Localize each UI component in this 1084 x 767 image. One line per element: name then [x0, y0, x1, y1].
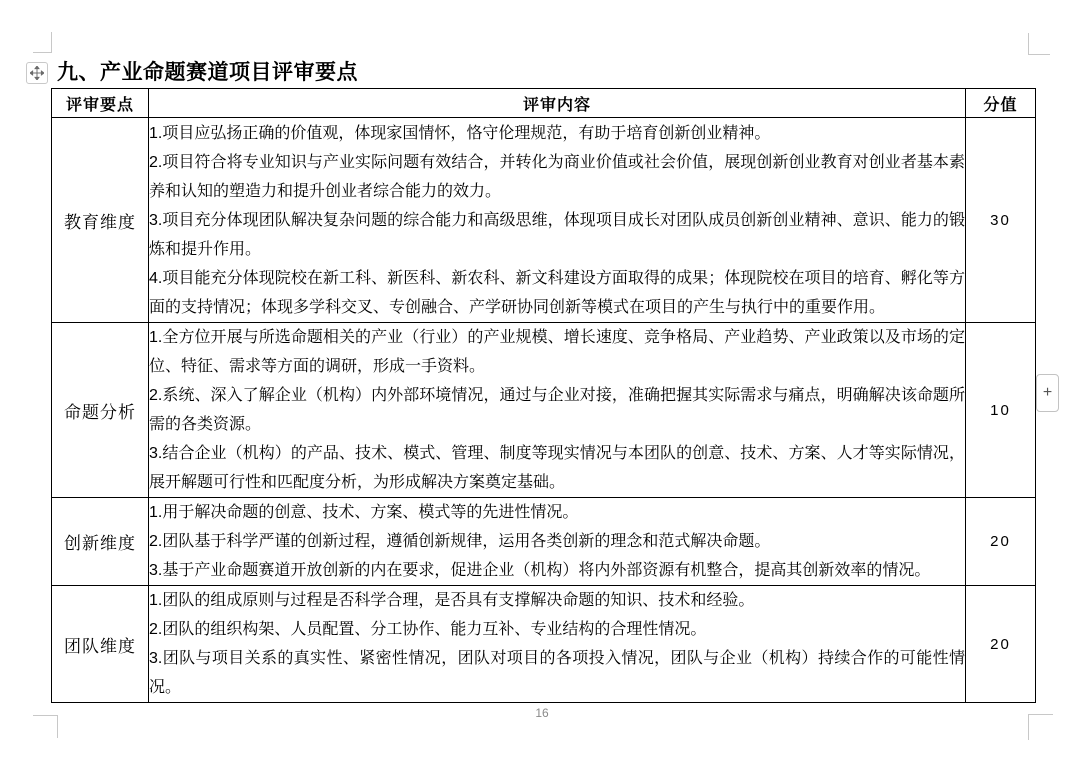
criteria-item: 1.全方位开展与所选命题相关的产业（行业）的产业规模、增长速度、竞争格局、产业趋…	[149, 323, 965, 381]
header-score[interactable]: 分值	[966, 89, 1036, 118]
table-row: 教育维度 1.项目应弘扬正确的价值观，体现家国情怀，恪守伦理规范，有助于培育创新…	[52, 118, 1036, 323]
criteria-item: 4.项目能充分体现院校在新工科、新医科、新农科、新文科建设方面取得的成果；体现院…	[149, 264, 965, 322]
document-page: 九、产业命题赛道项目评审要点 评审要点 评审内容 分值 教育维度 1.项目应弘扬…	[0, 0, 1084, 767]
table-header-row: 评审要点 评审内容 分值	[52, 89, 1036, 118]
score-cell[interactable]: 10	[966, 323, 1036, 498]
criteria-item: 3.结合企业（机构）的产品、技术、模式、管理、制度等现实情况与本团队的创意、技术…	[149, 439, 965, 497]
criteria-item: 1.用于解决命题的创意、技术、方案、模式等的先进性情况。	[149, 498, 965, 527]
criteria-item: 3.团队与项目关系的真实性、紧密性情况，团队对项目的各项投入情况，团队与企业（机…	[149, 644, 965, 702]
content-cell[interactable]: 1.团队的组成原则与过程是否科学合理，是否具有支撑解决命题的知识、技术和经验。 …	[149, 586, 966, 703]
section-title: 九、产业命题赛道项目评审要点	[57, 56, 358, 86]
score-cell[interactable]: 30	[966, 118, 1036, 323]
page-number: 16	[0, 706, 1084, 720]
header-review-content[interactable]: 评审内容	[149, 89, 966, 118]
header-review-points[interactable]: 评审要点	[52, 89, 149, 118]
criteria-item: 1.项目应弘扬正确的价值观，体现家国情怀，恪守伦理规范，有助于培育创新创业精神。	[149, 119, 965, 148]
criteria-item: 2.项目符合将专业知识与产业实际问题有效结合，并转化为商业价值或社会价值，展现创…	[149, 148, 965, 206]
content-cell[interactable]: 1.全方位开展与所选命题相关的产业（行业）的产业规模、增长速度、竞争格局、产业趋…	[149, 323, 966, 498]
table-row: 命题分析 1.全方位开展与所选命题相关的产业（行业）的产业规模、增长速度、竞争格…	[52, 323, 1036, 498]
content-cell[interactable]: 1.项目应弘扬正确的价值观，体现家国情怀，恪守伦理规范，有助于培育创新创业精神。…	[149, 118, 966, 323]
category-cell[interactable]: 团队维度	[52, 586, 149, 703]
crop-mark-top-right	[1028, 33, 1050, 55]
score-cell[interactable]: 20	[966, 586, 1036, 703]
crop-mark-top-left	[33, 32, 52, 53]
category-cell[interactable]: 创新维度	[52, 498, 149, 586]
insert-button[interactable]: +	[1036, 374, 1059, 412]
criteria-item: 3.项目充分体现团队解决复杂问题的综合能力和高级思维，体现项目成长对团队成员创新…	[149, 206, 965, 264]
criteria-item: 2.团队的组织构架、人员配置、分工协作、能力互补、专业结构的合理性情况。	[149, 615, 965, 644]
category-cell[interactable]: 命题分析	[52, 323, 149, 498]
table-row: 团队维度 1.团队的组成原则与过程是否科学合理，是否具有支撑解决命题的知识、技术…	[52, 586, 1036, 703]
criteria-item: 1.团队的组成原则与过程是否科学合理，是否具有支撑解决命题的知识、技术和经验。	[149, 586, 965, 615]
plus-icon: +	[1043, 384, 1052, 402]
table-move-handle[interactable]	[26, 62, 48, 84]
table-row: 创新维度 1.用于解决命题的创意、技术、方案、模式等的先进性情况。 2.团队基于…	[52, 498, 1036, 586]
criteria-item: 3.基于产业命题赛道开放创新的内在要求，促进企业（机构）将内外部资源有机整合，提…	[149, 556, 965, 585]
category-cell[interactable]: 教育维度	[52, 118, 149, 323]
review-criteria-table: 评审要点 评审内容 分值 教育维度 1.项目应弘扬正确的价值观，体现家国情怀，恪…	[51, 88, 1036, 703]
criteria-item: 2.团队基于科学严谨的创新过程，遵循创新规律，运用各类创新的理念和范式解决命题。	[149, 527, 965, 556]
score-cell[interactable]: 20	[966, 498, 1036, 586]
move-icon	[30, 66, 44, 80]
criteria-item: 2.系统、深入了解企业（机构）内外部环境情况，通过与企业对接，准确把握其实际需求…	[149, 381, 965, 439]
content-cell[interactable]: 1.用于解决命题的创意、技术、方案、模式等的先进性情况。 2.团队基于科学严谨的…	[149, 498, 966, 586]
